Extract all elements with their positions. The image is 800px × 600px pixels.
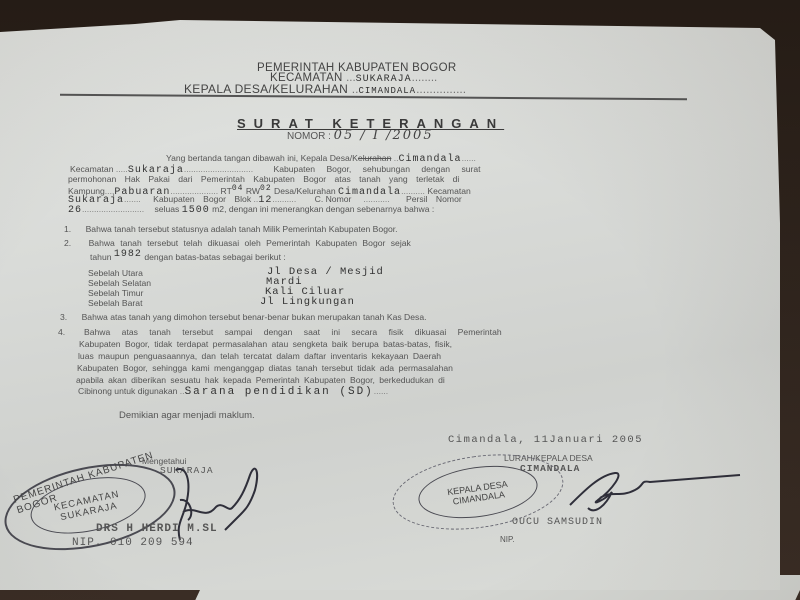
document: PEMERINTAH KABUPATEN BOGOR KECAMATAN ...…	[0, 0, 800, 600]
right-sig-nip-label: NIP.	[500, 535, 515, 544]
right-sig-name: OUCU SAMSUDIN	[512, 517, 603, 528]
right-signature	[0, 0, 800, 600]
